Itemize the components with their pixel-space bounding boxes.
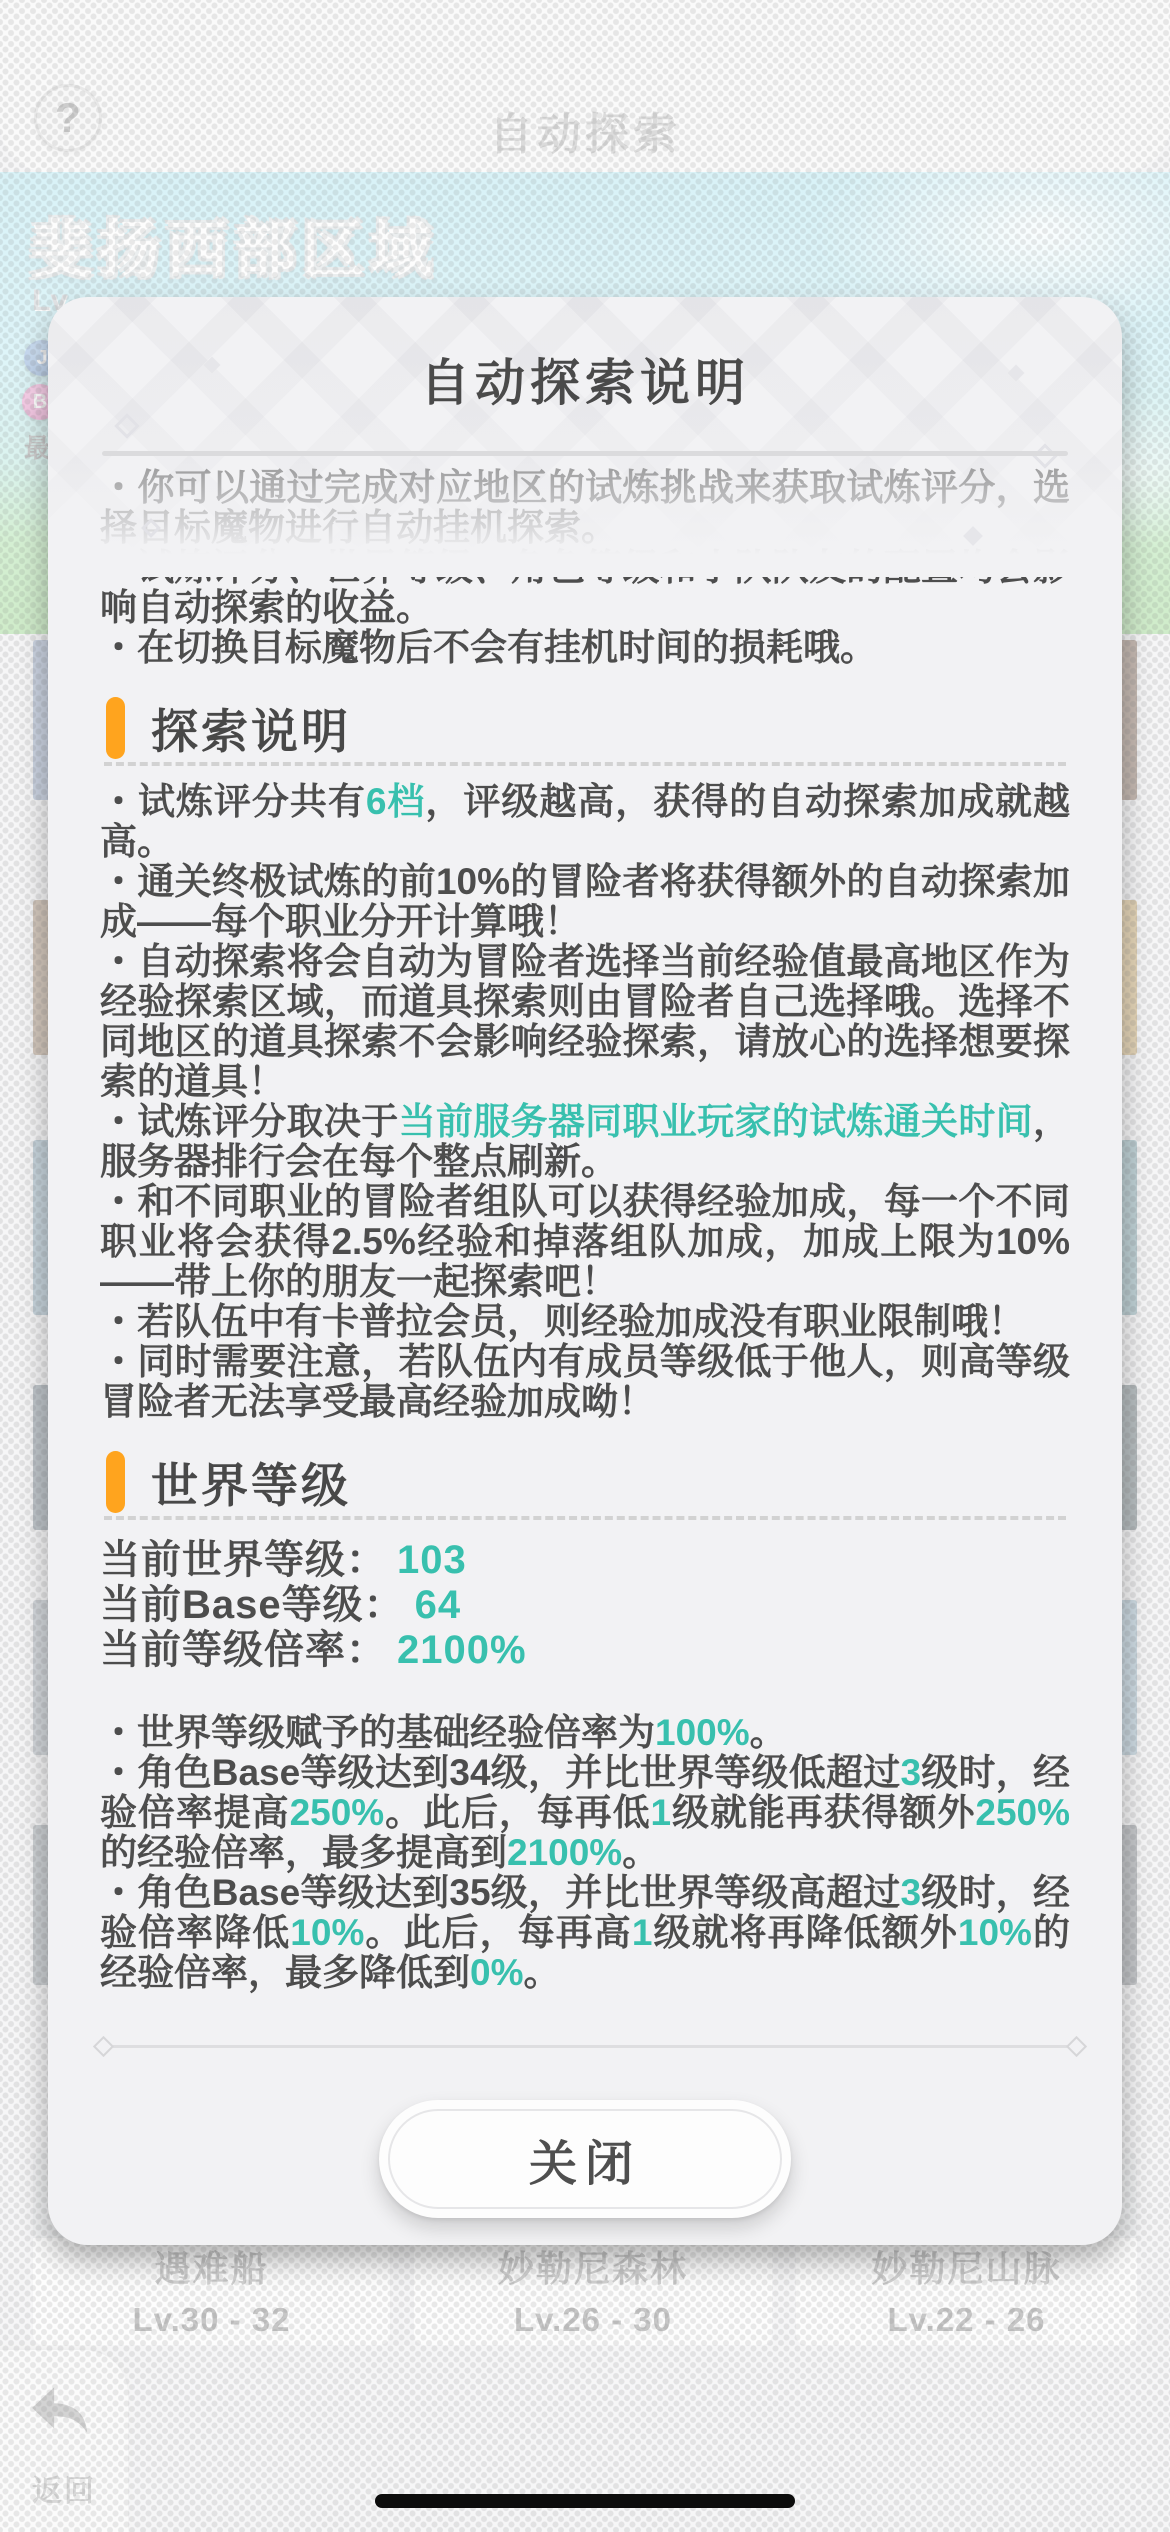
rule-bullet: ・通关终极试炼的前10%的冒险者将获得额外的自动探索加成——每个职业分开计算哦！ (100, 862, 1070, 942)
section-title: 探索说明 (151, 695, 351, 762)
rule-bullet: ・角色Base等级达到35级，并比世界等级高超过3级时，经验倍率降低10%。此后… (100, 1873, 1070, 1993)
rule-bullet: ・试炼评分共有6档，评级越高，获得的自动探索加成就越高。 (100, 782, 1070, 862)
sparkle-icon (114, 413, 139, 438)
dialog-title: 自动探索说明 (100, 343, 1070, 415)
intro-bullet: ・在切换目标魔物后不会有挂机时间的损耗哦。 (100, 628, 1070, 668)
stat-value: 2100% (397, 1628, 527, 1672)
stat-label: 当前Base等级： (100, 1583, 405, 1627)
world-level-rules-list: ・世界等级赋予的基础经验倍率为100%。 ・角色Base等级达到34级，并比世界… (100, 1713, 1070, 1993)
stat-label: 当前等级倍率： (100, 1628, 387, 1672)
stat-row: 当前等级倍率：2100% (100, 1628, 1070, 1673)
home-indicator[interactable] (375, 2494, 795, 2508)
section-header-world-level: 世界等级 (100, 1450, 1070, 1514)
section-accent-bar (106, 1451, 125, 1513)
rule-bullet: ・若队伍中有卡普拉会员，则经验加成没有职业限制哦！ (100, 1302, 1070, 1342)
world-level-stats: 当前世界等级：103 当前Base等级：64 当前等级倍率：2100% (100, 1538, 1070, 1673)
stat-label: 当前世界等级： (100, 1538, 387, 1582)
stat-row: 当前Base等级：64 (100, 1583, 1070, 1628)
rule-bullet: ・试炼评分取决于当前服务器同职业玩家的试炼通关时间，服务器排行会在每个整点刷新。 (100, 1102, 1070, 1182)
stat-value: 64 (415, 1583, 462, 1627)
intro-bullet: ・试炼评分、世界等级、角色等级和小队队友的配置均会影响自动探索的收益。 (100, 548, 1070, 628)
intro-paragraphs: ・你可以通过完成对应地区的试炼挑战来获取试炼评分，选择目标魔物进行自动挂机探索。… (100, 468, 1070, 668)
section-accent-bar (106, 697, 125, 759)
auto-explore-info-dialog: 自动探索说明 ・你可以通过完成对应地区的试炼挑战来获取试炼评分，选择目标魔物进行… (48, 297, 1122, 2245)
intro-bullet: ・你可以通过完成对应地区的试炼挑战来获取试炼评分，选择目标魔物进行自动挂机探索。 (100, 468, 1070, 548)
section-title: 世界等级 (151, 1449, 351, 1516)
section-header-explore: 探索说明 (100, 696, 1070, 760)
rule-bullet: ・自动探索将会自动为冒险者选择当前经验值最高地区作为经验探索区域，而道具探索则由… (100, 942, 1070, 1102)
stat-value: 103 (397, 1538, 467, 1582)
rule-bullet: ・角色Base等级达到34级，并比世界等级低超过3级时，经验倍率提高250%。此… (100, 1753, 1070, 1873)
rule-bullet: ・世界等级赋予的基础经验倍率为100%。 (100, 1713, 1070, 1753)
dashed-divider (104, 762, 1066, 766)
sparkle-icon (1032, 443, 1057, 468)
close-button[interactable]: 关闭 (379, 2100, 791, 2218)
dashed-divider (104, 1516, 1066, 1520)
close-button-label: 关闭 (529, 2138, 641, 2191)
explore-rules-list: ・试炼评分共有6档，评级越高，获得的自动探索加成就越高。 ・通关终极试炼的前10… (100, 782, 1070, 1422)
screen: ? 自动探索 斐扬西部区域 Lv. J B 最 遇难船 Lv.30 - 32 (0, 0, 1170, 2532)
rule-bullet: ・同时需要注意，若队伍内有成员等级低于他人，则高等级冒险者无法享受最高经验加成呦… (100, 1342, 1070, 1422)
rule-bullet: ・和不同职业的冒险者组队可以获得经验加成，每一个不同职业将会获得2.5%经验和掉… (100, 1182, 1070, 1302)
stat-row: 当前世界等级：103 (100, 1538, 1070, 1583)
footer-divider (100, 2045, 1080, 2048)
title-divider (102, 451, 1068, 456)
